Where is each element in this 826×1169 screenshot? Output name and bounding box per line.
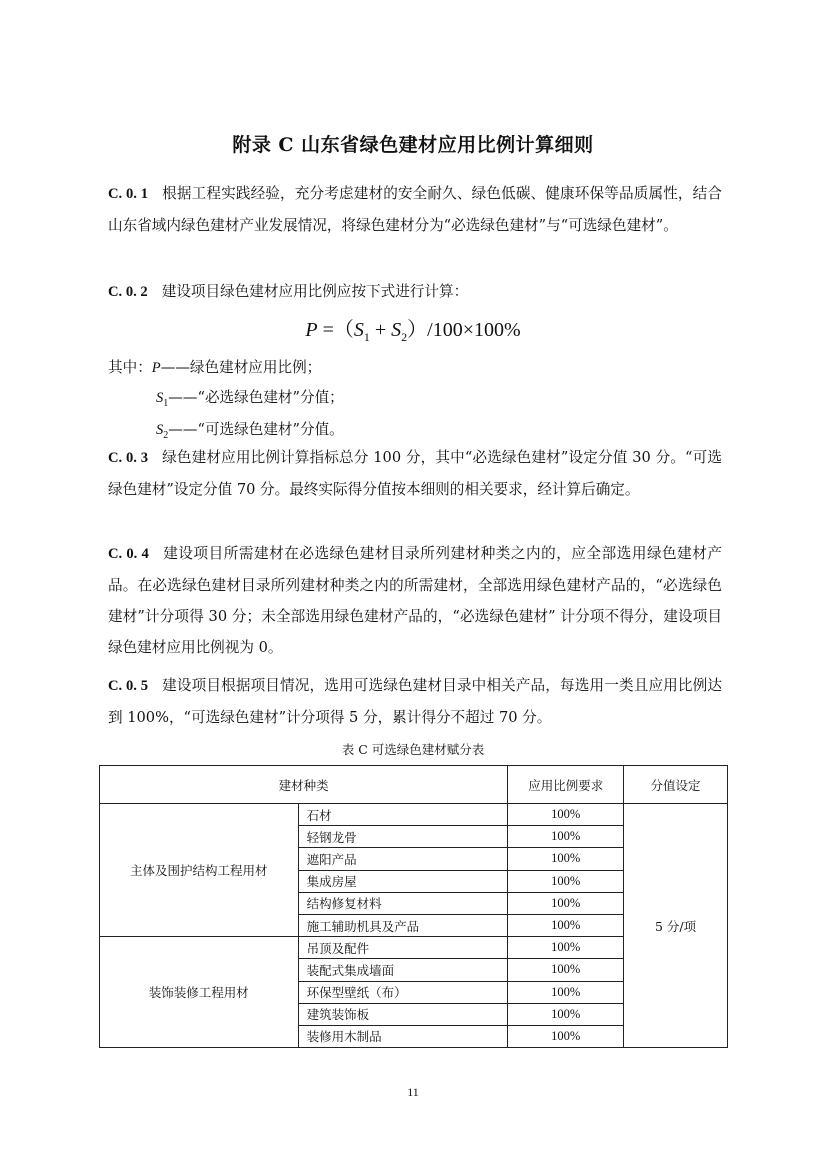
material-item: 装修用木制品 [298,1025,508,1047]
header-material-type: 建材种类 [100,766,508,804]
clause-number: C. 0. 1 [108,186,148,202]
material-item: 石材 [298,804,508,826]
clause-text: 建设项目所需建材在必选绿色建材目录所列建材种类之内的，应全部选用绿色建材产品。在… [108,545,722,656]
table-row: 主体及围护结构工程用材 石材 100% 5 分/项 [100,804,728,826]
clause-number: C. 0. 2 [108,284,148,300]
clause-c-0-4: C. 0. 4建设项目所需建材在必选绿色建材目录所列建材种类之内的，应全部选用绿… [108,538,722,663]
material-item: 集成房屋 [298,870,508,892]
material-item: 轻钢龙骨 [298,826,508,848]
clause-c-0-3: C. 0. 3绿色建材应用比例计算指标总分 100 分，其中“必选绿色建材”设定… [108,442,722,505]
clause-text: 绿色建材应用比例计算指标总分 100 分，其中“必选绿色建材”设定分值 30 分… [108,449,722,498]
formula: P =（S1 + S2）/100×100% [0,313,826,345]
material-item: 结构修复材料 [298,892,508,914]
definition-s1: S1——“必选绿色建材”分值； [156,386,344,416]
material-item: 吊顶及配件 [298,937,508,959]
scoring-table: 建材种类 应用比例要求 分值设定 主体及围护结构工程用材 石材 100% 5 分… [99,765,728,1048]
definition-text: ——“可选绿色建材”分值。 [168,421,343,438]
score-value: 5 分/项 [624,804,728,1048]
material-item: 建筑装饰板 [298,1003,508,1025]
clause-number: C. 0. 5 [108,678,148,694]
ratio-value: 100% [508,981,624,1003]
formula-s2: S [391,319,401,341]
ratio-value: 100% [508,848,624,870]
definition-text: ——“必选绿色建材”分值； [168,389,343,406]
material-item: 环保型壁纸（布） [298,981,508,1003]
clause-c-0-5: C. 0. 5建设项目根据项目情况，选用可选绿色建材目录中相关产品，每选用一类且… [108,670,722,733]
formula-plus: + [370,319,391,341]
formula-p: P [305,319,317,341]
ratio-value: 100% [508,892,624,914]
table-header-row: 建材种类 应用比例要求 分值设定 [100,766,728,804]
ratio-value: 100% [508,870,624,892]
ratio-value: 100% [508,937,624,959]
score-text: 5 分/项 [655,919,696,934]
formula-eq: =（ [318,319,354,341]
formula-s1: S [354,319,364,341]
definition-p: 其中：P——绿色建材应用比例； [108,356,321,380]
definition-text: ——绿色建材应用比例； [161,359,322,376]
ratio-value: 100% [508,959,624,981]
clause-number: C. 0. 4 [108,546,149,562]
clause-text: 根据工程实践经验，充分考虑建材的安全耐久、绿色低碳、健康环保等品质属性，结合山东… [108,185,722,234]
material-item: 装配式集成墙面 [298,959,508,981]
header-ratio-requirement: 应用比例要求 [508,766,624,804]
clause-text: 建设项目绿色建材应用比例应按下式进行计算： [162,283,468,300]
clause-number: C. 0. 3 [108,450,148,466]
formula-rest: ）/100×100% [407,319,521,341]
page-title: 附录 C 山东省绿色建材应用比例计算细则 [0,130,826,157]
ratio-value: 100% [508,1025,624,1047]
clause-text: 建设项目根据项目情况，选用可选绿色建材目录中相关产品，每选用一类且应用比例达到 … [108,677,722,726]
ratio-value: 100% [508,804,624,826]
group-name: 装饰装修工程用材 [100,937,299,1048]
clause-c-0-1: C. 0. 1根据工程实践经验，充分考虑建材的安全耐久、绿色低碳、健康环保等品质… [108,178,722,241]
ratio-value: 100% [508,914,624,936]
definition-symbol: P [152,360,161,376]
material-item: 遮阳产品 [298,848,508,870]
group-name: 主体及围护结构工程用材 [100,804,299,937]
definition-intro: 其中： [108,359,152,376]
material-item: 施工辅助机具及产品 [298,914,508,936]
clause-c-0-2: C. 0. 2建设项目绿色建材应用比例应按下式进行计算： [108,276,722,308]
table-caption: 表 C 可选绿色建材赋分表 [0,740,826,758]
ratio-value: 100% [508,826,624,848]
ratio-value: 100% [508,1003,624,1025]
header-score-setting: 分值设定 [624,766,728,804]
page-number: 11 [0,1085,826,1100]
